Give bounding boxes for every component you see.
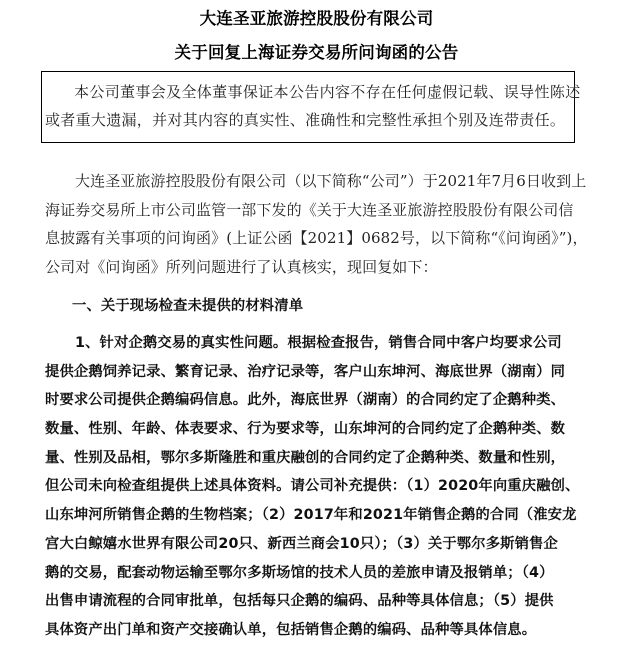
section-heading: 一、关于现场检查未提供的材料清单: [72, 295, 303, 315]
paragraph-line: 1、针对企鹅交易的真实性问题。根据检查报告，销售合同中客户均要求公司: [75, 332, 562, 352]
paragraph-line: 出售申请流程的合同审批单，包括每只企鹅的编码、品种等具体信息；（5）提供: [45, 590, 554, 610]
paragraph-line: 数量、性别、年龄、体表要求、行为要求等，山东坤河的合同约定了企鹅种类、数: [45, 418, 565, 438]
paragraph-line: 大连圣亚旅游控股股份有限公司（以下简称“公司”）于2021年7月6日收到上: [75, 170, 586, 191]
paragraph-line: 时要求公司提供企鹅编码信息。此外，海底世界（湖南）的合同约定了企鹅种类、: [45, 389, 565, 409]
notice-line: 本公司董事会及全体董事保证本公告内容不存在任何虚假记载、误导性陈述: [74, 81, 581, 102]
paragraph-line: 宫大白鲸嬉水世界有限公司20只、新西兰商会10只）；（3）关于鄂尔多斯销售企: [45, 533, 558, 553]
paragraph-line: 息披露有关事项的问询函》(上证公函【2021】0682号，以下简称“《问询函》”…: [45, 227, 588, 248]
notice-box: 本公司董事会及全体董事保证本公告内容不存在任何虚假记载、误导性陈述 或者重大遗漏…: [41, 71, 575, 143]
paragraph-line: 量、性别及品相，鄂尔多斯隆胜和重庆融创的合同约定了企鹅种类、数量和性别，: [45, 447, 565, 467]
paragraph-line: 鹅的交易，配套动物运输至鄂尔多斯场馆的技术人员的差旅申请及报销单；（4）: [45, 562, 554, 582]
paragraph-line: 公司对《问询函》所列问题进行了认真核实，现回复如下：: [45, 256, 438, 277]
paragraph-line: 具体资产出门单和资产交接确认单，包括销售企鹅的编码、品种等具体信息。: [45, 619, 536, 639]
paragraph-line: 海证券交易所上市公司监管一部下发的《关于大连圣亚旅游控股股份有限公司信: [45, 199, 574, 220]
notice-line: 或者重大遗漏，并对其内容的真实性、准确性和完整性承担个别及连带责任。: [45, 109, 565, 130]
paragraph-line: 山东坤河所销售企鹅的生物档案；（2）2017年和2021年销售企鹅的合同（淮安龙: [45, 504, 577, 524]
paragraph-line: 但公司未向检查组提供上述具体资料。请公司补充提供：（1）2020年向重庆融创、: [45, 475, 580, 495]
document-title: 大连圣亚旅游控股股份有限公司: [0, 5, 633, 29]
document-subtitle: 关于回复上海证券交易所问询函的公告: [0, 39, 633, 63]
paragraph-line: 提供企鹅饲养记录、繁育记录、治疗记录等，客户山东坤河、海底世界（湖南）同: [45, 361, 565, 381]
